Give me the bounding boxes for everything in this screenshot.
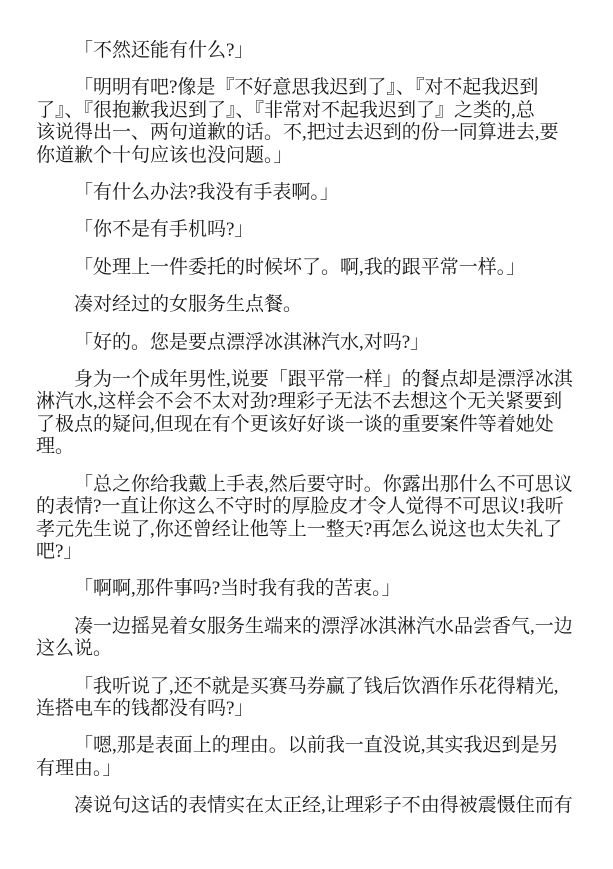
- paragraph: 「明明有吧?像是『不好意思我迟到了』、『对不起我迟到 了』、『很抱歉我迟到了』、…: [36, 77, 579, 167]
- paragraph: 身为一个成年男性,说要「跟平常一样」的餐点却是漂浮冰淇 淋汽水,这样会不会不太对…: [36, 369, 579, 459]
- text-line: 连搭电车的钱都没有吗?」: [36, 698, 579, 720]
- text-line: 凑一边摇晃着女服务生端来的漂浮冰淇淋汽水品尝香气,一边: [36, 616, 579, 638]
- paragraph: 「好的。您是要点漂浮冰淇淋汽水,对吗?」: [36, 332, 579, 354]
- text-line: 该说得出一、两句道歉的话。不,把过去迟到的份一同算进去,要: [36, 122, 579, 144]
- text-line: 「不然还能有什么?」: [36, 40, 579, 62]
- text-line: 「处理上一件委托的时候坏了。啊,我的跟平常一样。」: [36, 257, 579, 279]
- text-line: 的表情?一直让你这么不守时的厚脸皮才令人觉得不可思议!我听: [36, 496, 579, 518]
- text-line: 这么说。: [36, 638, 579, 660]
- paragraph: 「不然还能有什么?」: [36, 40, 579, 62]
- paragraph: 「嗯,那是表面上的理由。以前我一直没说,其实我迟到是另 有理由。」: [36, 735, 579, 780]
- text-line: 「明明有吧?像是『不好意思我迟到了』、『对不起我迟到: [36, 77, 579, 99]
- paragraph: 凑对经过的女服务生点餐。: [36, 294, 579, 316]
- paragraph: 「有什么办法?我没有手表啊。」: [36, 182, 579, 204]
- paragraph: 「你不是有手机吗?」: [36, 219, 579, 241]
- page: 「不然还能有什么?」 「明明有吧?像是『不好意思我迟到了』、『对不起我迟到 了』…: [0, 0, 613, 869]
- text-line: 「有什么办法?我没有手表啊。」: [36, 182, 579, 204]
- text-line: 「啊啊,那件事吗?当时我有我的苦衷。」: [36, 578, 579, 600]
- text-line: 了极点的疑问,但现在有个更该好好谈一谈的重要案件等着她处: [36, 414, 579, 436]
- paragraph: 凑说句这话的表情实在太正经,让理彩子不由得被震慑住而有: [36, 795, 579, 817]
- text-line: 理。: [36, 436, 579, 458]
- text-line: 身为一个成年男性,说要「跟平常一样」的餐点却是漂浮冰淇: [36, 369, 579, 391]
- text-line: 凑对经过的女服务生点餐。: [36, 294, 579, 316]
- text-line: 吧?」: [36, 541, 579, 563]
- paragraph: 「总之你给我戴上手表,然后要守时。你露出那什么不可思议 的表情?一直让你这么不守…: [36, 474, 579, 564]
- text-line: 你道歉个十句应该也没问题。」: [36, 145, 579, 167]
- paragraph: 「处理上一件委托的时候坏了。啊,我的跟平常一样。」: [36, 257, 579, 279]
- text-line: 「你不是有手机吗?」: [36, 219, 579, 241]
- text-line: 有理由。」: [36, 758, 579, 780]
- text-line: 「总之你给我戴上手表,然后要守时。你露出那什么不可思议: [36, 474, 579, 496]
- text-line: 淋汽水,这样会不会不太对劲?理彩子无法不去想这个无关紧要到: [36, 391, 579, 413]
- text-line: 凑说句这话的表情实在太正经,让理彩子不由得被震慑住而有: [36, 795, 579, 817]
- text-line: 「我听说了,还不就是买赛马券赢了钱后饮酒作乐花得精光,: [36, 676, 579, 698]
- text-line: 「嗯,那是表面上的理由。以前我一直没说,其实我迟到是另: [36, 735, 579, 757]
- text-line: 了』、『很抱歉我迟到了』、『非常对不起我迟到了』之类的,总: [36, 100, 579, 122]
- paragraph: 凑一边摇晃着女服务生端来的漂浮冰淇淋汽水品尝香气,一边 这么说。: [36, 616, 579, 661]
- paragraph: 「我听说了,还不就是买赛马券赢了钱后饮酒作乐花得精光, 连搭电车的钱都没有吗?」: [36, 676, 579, 721]
- paragraph: 「啊啊,那件事吗?当时我有我的苦衷。」: [36, 578, 579, 600]
- text-line: 孝元先生说了,你还曾经让他等上一整天?再怎么说这也太失礼了: [36, 519, 579, 541]
- text-line: 「好的。您是要点漂浮冰淇淋汽水,对吗?」: [36, 332, 579, 354]
